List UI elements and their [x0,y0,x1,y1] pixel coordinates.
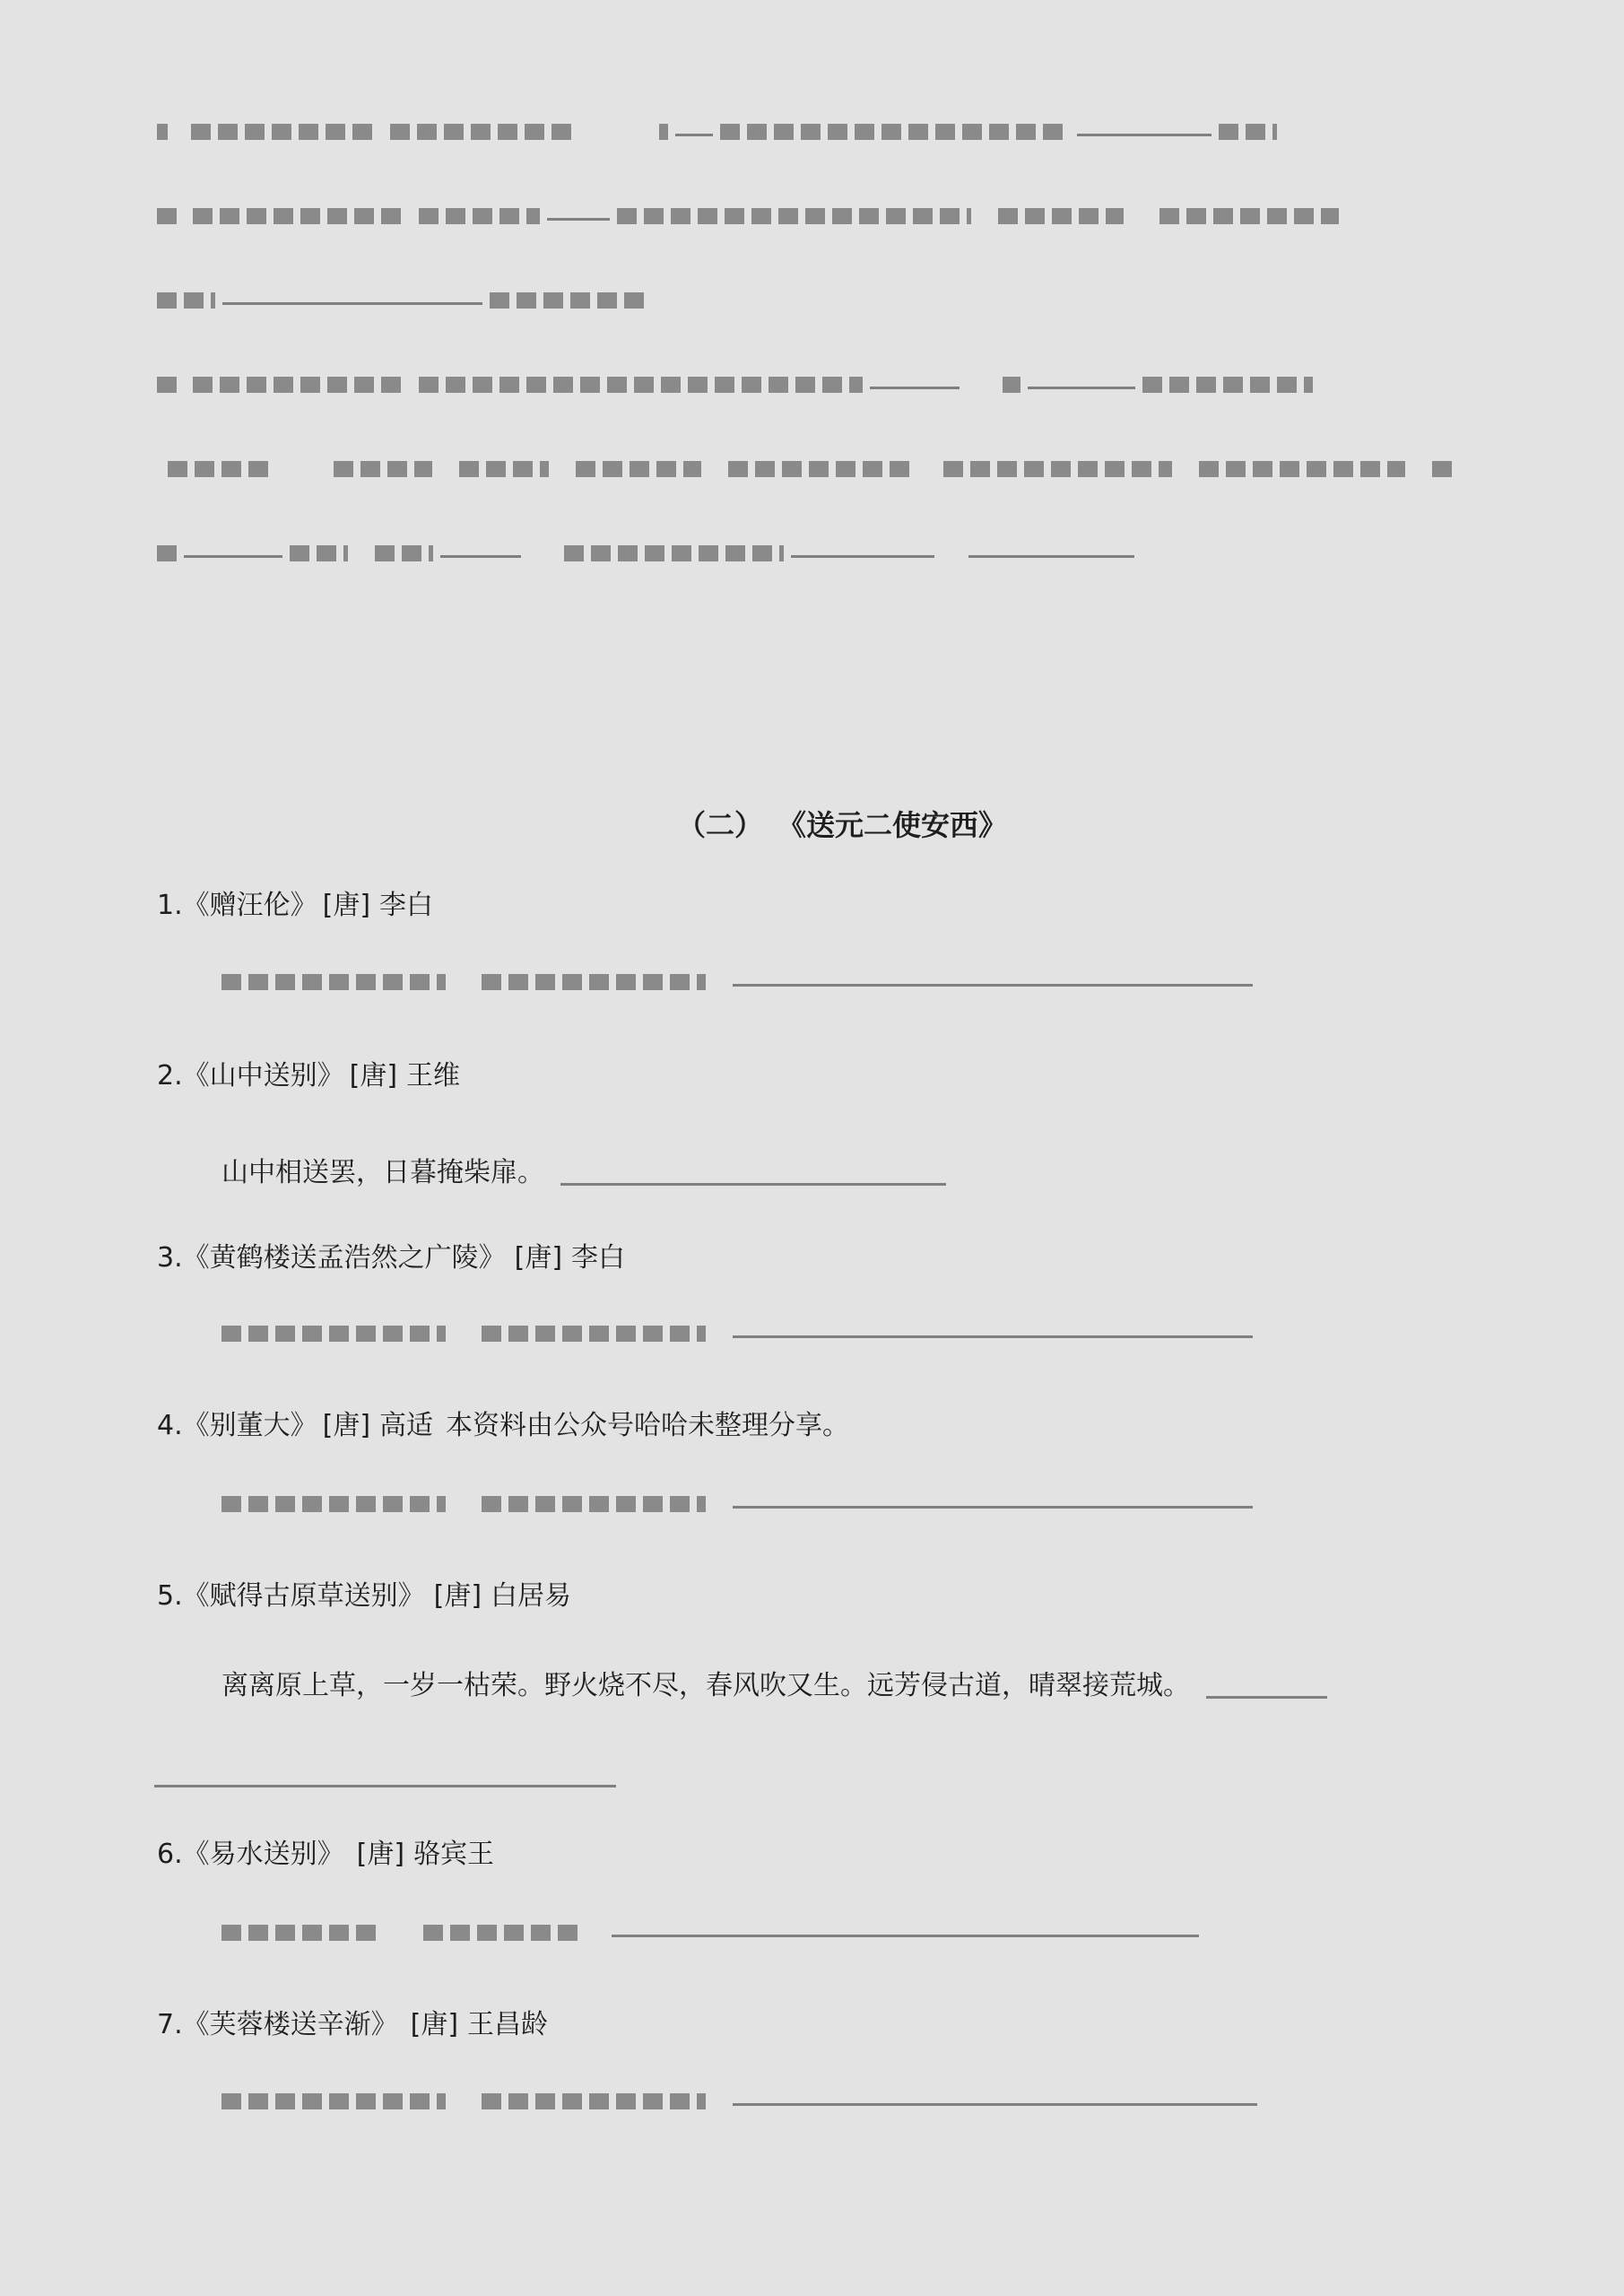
answer-blank[interactable] [968,555,1134,558]
answer-blank[interactable] [791,555,934,558]
masked-text [193,377,408,393]
verse-text: 离离原上草，一岁一枯荣。野火烧不尽，春风吹又生。远芳侵古道，晴翠接荒城。 [221,1670,1190,1702]
masked-verse [221,1326,446,1342]
item-number: 4. [157,1410,183,1442]
answer-blank[interactable] [675,134,713,136]
answer-blank[interactable] [1028,387,1135,389]
answer-blank[interactable] [733,2103,1257,2106]
item-3-verse [221,1326,1260,1342]
masked-text [157,208,177,224]
masked-verse [221,1925,383,1941]
masked-text [375,545,433,561]
item-6-header: 6. 《易水送别》 [唐] 骆宾王 [157,1839,494,1871]
item-number: 2. [157,1060,183,1092]
item-3-header: 3. 《黄鹤楼送孟浩然之广陵》 [唐] 李白 [157,1242,625,1274]
question-line-4 [157,124,1277,140]
answer-blank[interactable] [547,218,610,221]
masked-verse [482,2093,706,2109]
masked-text [659,124,668,140]
poem-author: 王昌龄 [467,2009,548,2041]
item-4-verse [221,1496,1260,1512]
item-number: 3. [157,1242,183,1274]
answer-blank[interactable] [733,1335,1253,1338]
masked-verse [482,1496,706,1512]
answer-blank[interactable] [1077,134,1211,136]
poem-dynasty: [唐] [323,890,370,922]
masked-text [157,377,177,393]
question-line-6-cont2 [157,545,1142,561]
masked-text [1003,377,1020,393]
item-number: 1. [157,890,183,922]
masked-text [390,124,578,140]
masked-text [1432,461,1455,477]
poem-dynasty: [唐] [411,2009,458,2041]
masked-text [943,461,1172,477]
masked-text [576,461,701,477]
answer-blank[interactable] [612,1935,1199,1937]
masked-text [720,124,1070,140]
poem-author: 白居易 [491,1580,571,1613]
masked-text [168,461,271,477]
item-5-header: 5. 《赋得古原草送别》 [唐] 白居易 [157,1580,571,1613]
masked-text [419,208,540,224]
masked-text [157,292,215,309]
poem-title: 《芙蓉楼送辛渐》 [183,2009,398,2041]
answer-blank[interactable] [560,1183,946,1186]
poem-dynasty: [唐] [357,1839,404,1871]
item-number: 7. [157,2009,183,2041]
item-number: 5. [157,1580,183,1613]
poem-title: 《赋得古原草送别》 [183,1580,425,1613]
masked-verse [221,1496,446,1512]
poem-author: 骆宾王 [413,1839,494,1871]
masked-text [998,208,1124,224]
item-4-header: 4. 《别董大》 [唐] 高适 本资料由公众号哈哈未整理分享。 [157,1410,849,1442]
source-note: 本资料由公众号哈哈未整理分享。 [446,1410,849,1442]
item-7-header: 7. 《芙蓉楼送辛渐》 [唐] 王昌龄 [157,2009,548,2041]
item-2-header: 2. 《山中送别》 [唐] 王维 [157,1060,460,1092]
poem-dynasty: [唐] [434,1580,482,1613]
masked-text [564,545,784,561]
poem-title: 《别董大》 [183,1410,317,1442]
item-number: 6. [157,1839,183,1871]
question-line-5 [157,208,1339,224]
item-5-verse: 离离原上草，一岁一枯荣。野火烧不尽，春风吹又生。远芳侵古道，晴翠接荒城。 [221,1670,1334,1702]
masked-verse [221,2093,446,2109]
poem-author: 王维 [406,1060,460,1092]
answer-blank[interactable] [222,302,482,305]
masked-text [1199,461,1405,477]
masked-text [193,208,408,224]
poem-title: 《赠汪伦》 [183,890,317,922]
masked-text [490,292,651,309]
answer-blank[interactable] [440,555,521,558]
poem-title: 《山中送别》 [183,1060,344,1092]
masked-text [334,461,432,477]
section-number: （二） [677,803,763,844]
item-5-verse-cont [154,1785,616,1787]
item-7-verse [221,2093,1264,2109]
masked-verse [482,974,706,990]
poem-author: 李白 [379,890,433,922]
masked-text [1219,124,1277,140]
poem-dynasty: [唐] [515,1242,562,1274]
answer-blank[interactable] [1206,1696,1327,1699]
answer-blank[interactable] [733,1506,1253,1509]
poem-dynasty: [唐] [350,1060,397,1092]
question-line-6-cont [157,461,1455,477]
masked-text [157,545,177,561]
answer-blank[interactable] [154,1785,616,1787]
item-2-verse: 山中相送罢，日暮掩柴扉。 [221,1157,953,1189]
section-heading: （二） 《送元二使安西》 [677,803,1007,844]
item-1-header: 1. 《赠汪伦》 [唐] 李白 [157,890,433,922]
masked-verse [423,1925,585,1941]
answer-blank[interactable] [870,387,960,389]
question-line-6 [157,377,1313,393]
poem-title: 《黄鹤楼送孟浩然之广陵》 [183,1242,506,1274]
masked-text [459,461,549,477]
answer-blank[interactable] [733,984,1253,987]
masked-text [157,124,168,140]
answer-blank[interactable] [184,555,282,558]
masked-text [191,124,379,140]
item-6-verse [221,1925,1206,1941]
poem-title: 《易水送别》 [183,1839,344,1871]
item-1-verse [221,974,1260,990]
masked-text [290,545,348,561]
verse-text: 山中相送罢，日暮掩柴扉。 [221,1157,544,1189]
masked-verse [221,974,446,990]
poem-dynasty: [唐] [323,1410,370,1442]
masked-text [1142,377,1313,393]
masked-text [419,377,863,393]
section-title: 《送元二使安西》 [777,803,1007,844]
masked-text [1159,208,1339,224]
masked-text [728,461,916,477]
masked-verse [482,1326,706,1342]
question-line-5-cont [157,292,651,309]
poem-author: 李白 [571,1242,625,1274]
masked-text [617,208,971,224]
poem-author: 高适 [379,1410,433,1442]
